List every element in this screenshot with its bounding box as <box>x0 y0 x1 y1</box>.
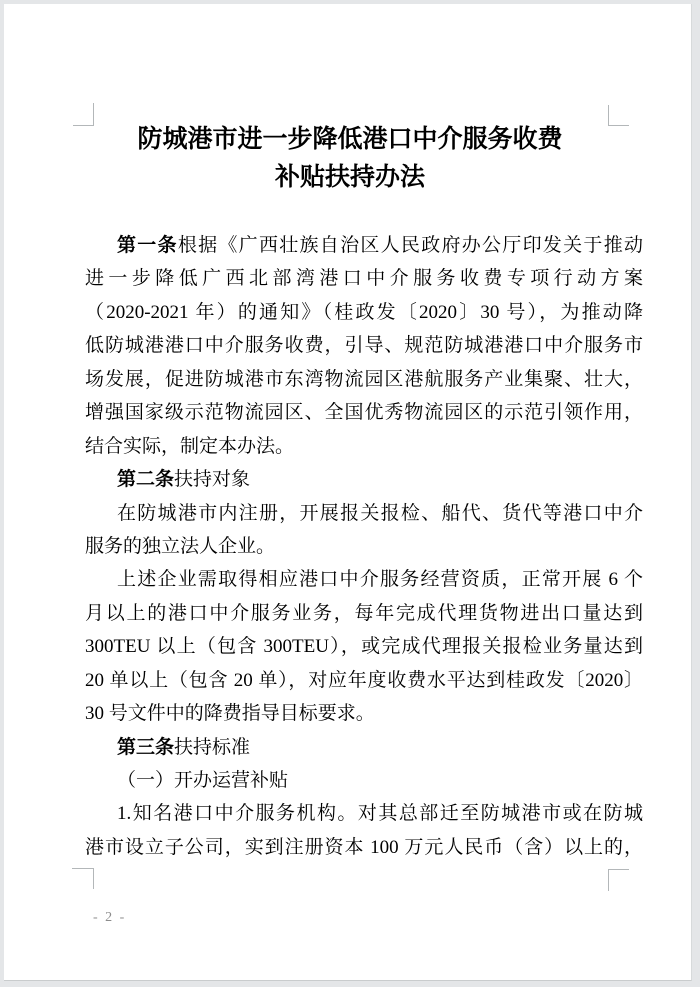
body-line: 增强国家级示范物流园区、全国优秀物流园区的示范引领作用， <box>85 396 643 429</box>
body-line: （一）开办运营补贴 <box>85 764 643 797</box>
article-number-2: 第二条 <box>117 469 174 490</box>
document-title-line-2: 补贴扶持办法 <box>85 158 615 196</box>
body-line-text: （2020-2021 年）的通知》（桂政发〔2020〕30 号），为推动降 <box>85 302 643 323</box>
article-number-1: 第一条 <box>117 235 178 256</box>
body-line-text: 300TEU 以上（包含 300TEU），或完成代理报关报检业务量达到 <box>85 636 643 657</box>
body-line-text: 低防城港港口中介服务收费，引导、规范防城港港口中介服务市 <box>85 335 643 356</box>
document-title-line-1: 防城港市进一步降低港口中介服务收费 <box>85 120 615 158</box>
body-line-text: 月以上的港口中介服务业务，每年完成代理货物进出口量达到 <box>85 603 643 624</box>
body-line: 结合实际，制定本办法。 <box>85 430 643 463</box>
body-line: 港市设立子公司，实到注册资本 100 万元人民币（含）以上的， <box>85 831 643 864</box>
body-line-text: 服务的独立法人企业。 <box>85 536 275 557</box>
body-line: 1.知名港口中介服务机构。对其总部迁至防城港市或在防城 <box>85 797 643 830</box>
body-line-text: 上述企业需取得相应港口中介服务经营资质，正常开展 6 个 <box>117 569 643 590</box>
body-line: 场发展，促进防城港市东湾物流园区港航服务产业集聚、壮大， <box>85 363 643 396</box>
page-content: 防城港市进一步降低港口中介服务收费 补贴扶持办法 第一条根据《广西壮族自治区人民… <box>85 120 643 864</box>
body-line-text: 增强国家级示范物流园区、全国优秀物流园区的示范引领作用， <box>85 402 643 423</box>
body-line: 300TEU 以上（包含 300TEU），或完成代理报关报检业务量达到 <box>85 630 643 663</box>
body-line: 上述企业需取得相应港口中介服务经营资质，正常开展 6 个 <box>85 563 643 596</box>
body-line: （2020-2021 年）的通知》（桂政发〔2020〕30 号），为推动降 <box>85 296 643 329</box>
footer-page-number: - 2 - <box>93 909 126 927</box>
body-line-text: 结合实际，制定本办法。 <box>85 436 294 457</box>
body-line-text: 根据《广西壮族自治区人民政府办公厅印发关于推动 <box>178 235 643 256</box>
body-line: 低防城港港口中介服务收费，引导、规范防城港港口中介服务市 <box>85 329 643 362</box>
body-line: 第一条根据《广西壮族自治区人民政府办公厅印发关于推动 <box>85 229 643 262</box>
body-line: 月以上的港口中介服务业务，每年完成代理货物进出口量达到 <box>85 597 643 630</box>
body-line: 20 单以上（包含 20 单），对应年度收费水平达到桂政发〔2020〕 <box>85 664 643 697</box>
body-line: 在防城港市内注册，开展报关报检、船代、货代等港口中介 <box>85 497 643 530</box>
body-line-text: 扶持标准 <box>174 737 250 758</box>
body-line-text: （一）开办运营补贴 <box>117 770 288 791</box>
article-number-3: 第三条 <box>117 737 174 758</box>
body-line-text: 在防城港市内注册，开展报关报检、船代、货代等港口中介 <box>117 503 643 524</box>
document-title: 防城港市进一步降低港口中介服务收费 补贴扶持办法 <box>85 120 643 196</box>
body-line-text: 港市设立子公司，实到注册资本 100 万元人民币（含）以上的， <box>85 837 643 858</box>
margin-crop-mark-bottom-right <box>608 869 629 891</box>
body-line-text: 扶持对象 <box>174 469 250 490</box>
body-line-text: 30 号文件中的降费指导目标要求。 <box>85 703 375 724</box>
body-line: 30 号文件中的降费指导目标要求。 <box>85 697 643 730</box>
document-body: 第一条根据《广西壮族自治区人民政府办公厅印发关于推动 进一步降低广西北部湾港口中… <box>85 229 643 864</box>
body-line-text: 场发展，促进防城港市东湾物流园区港航服务产业集聚、壮大， <box>85 369 643 390</box>
body-line-text: 进一步降低广西北部湾港口中介服务收费专项行动方案 <box>85 268 643 289</box>
body-line: 第三条扶持标准 <box>85 731 643 764</box>
body-line: 第二条扶持对象 <box>85 463 643 496</box>
body-line-text: 20 单以上（包含 20 单），对应年度收费水平达到桂政发〔2020〕 <box>85 670 643 691</box>
body-line: 服务的独立法人企业。 <box>85 530 643 563</box>
body-line-text: 1.知名港口中介服务机构。对其总部迁至防城港市或在防城 <box>117 803 643 824</box>
margin-crop-mark-bottom-left <box>72 868 94 889</box>
body-line: 进一步降低广西北部湾港口中介服务收费专项行动方案 <box>85 262 643 295</box>
document-page: 防城港市进一步降低港口中介服务收费 补贴扶持办法 第一条根据《广西壮族自治区人民… <box>4 4 692 981</box>
